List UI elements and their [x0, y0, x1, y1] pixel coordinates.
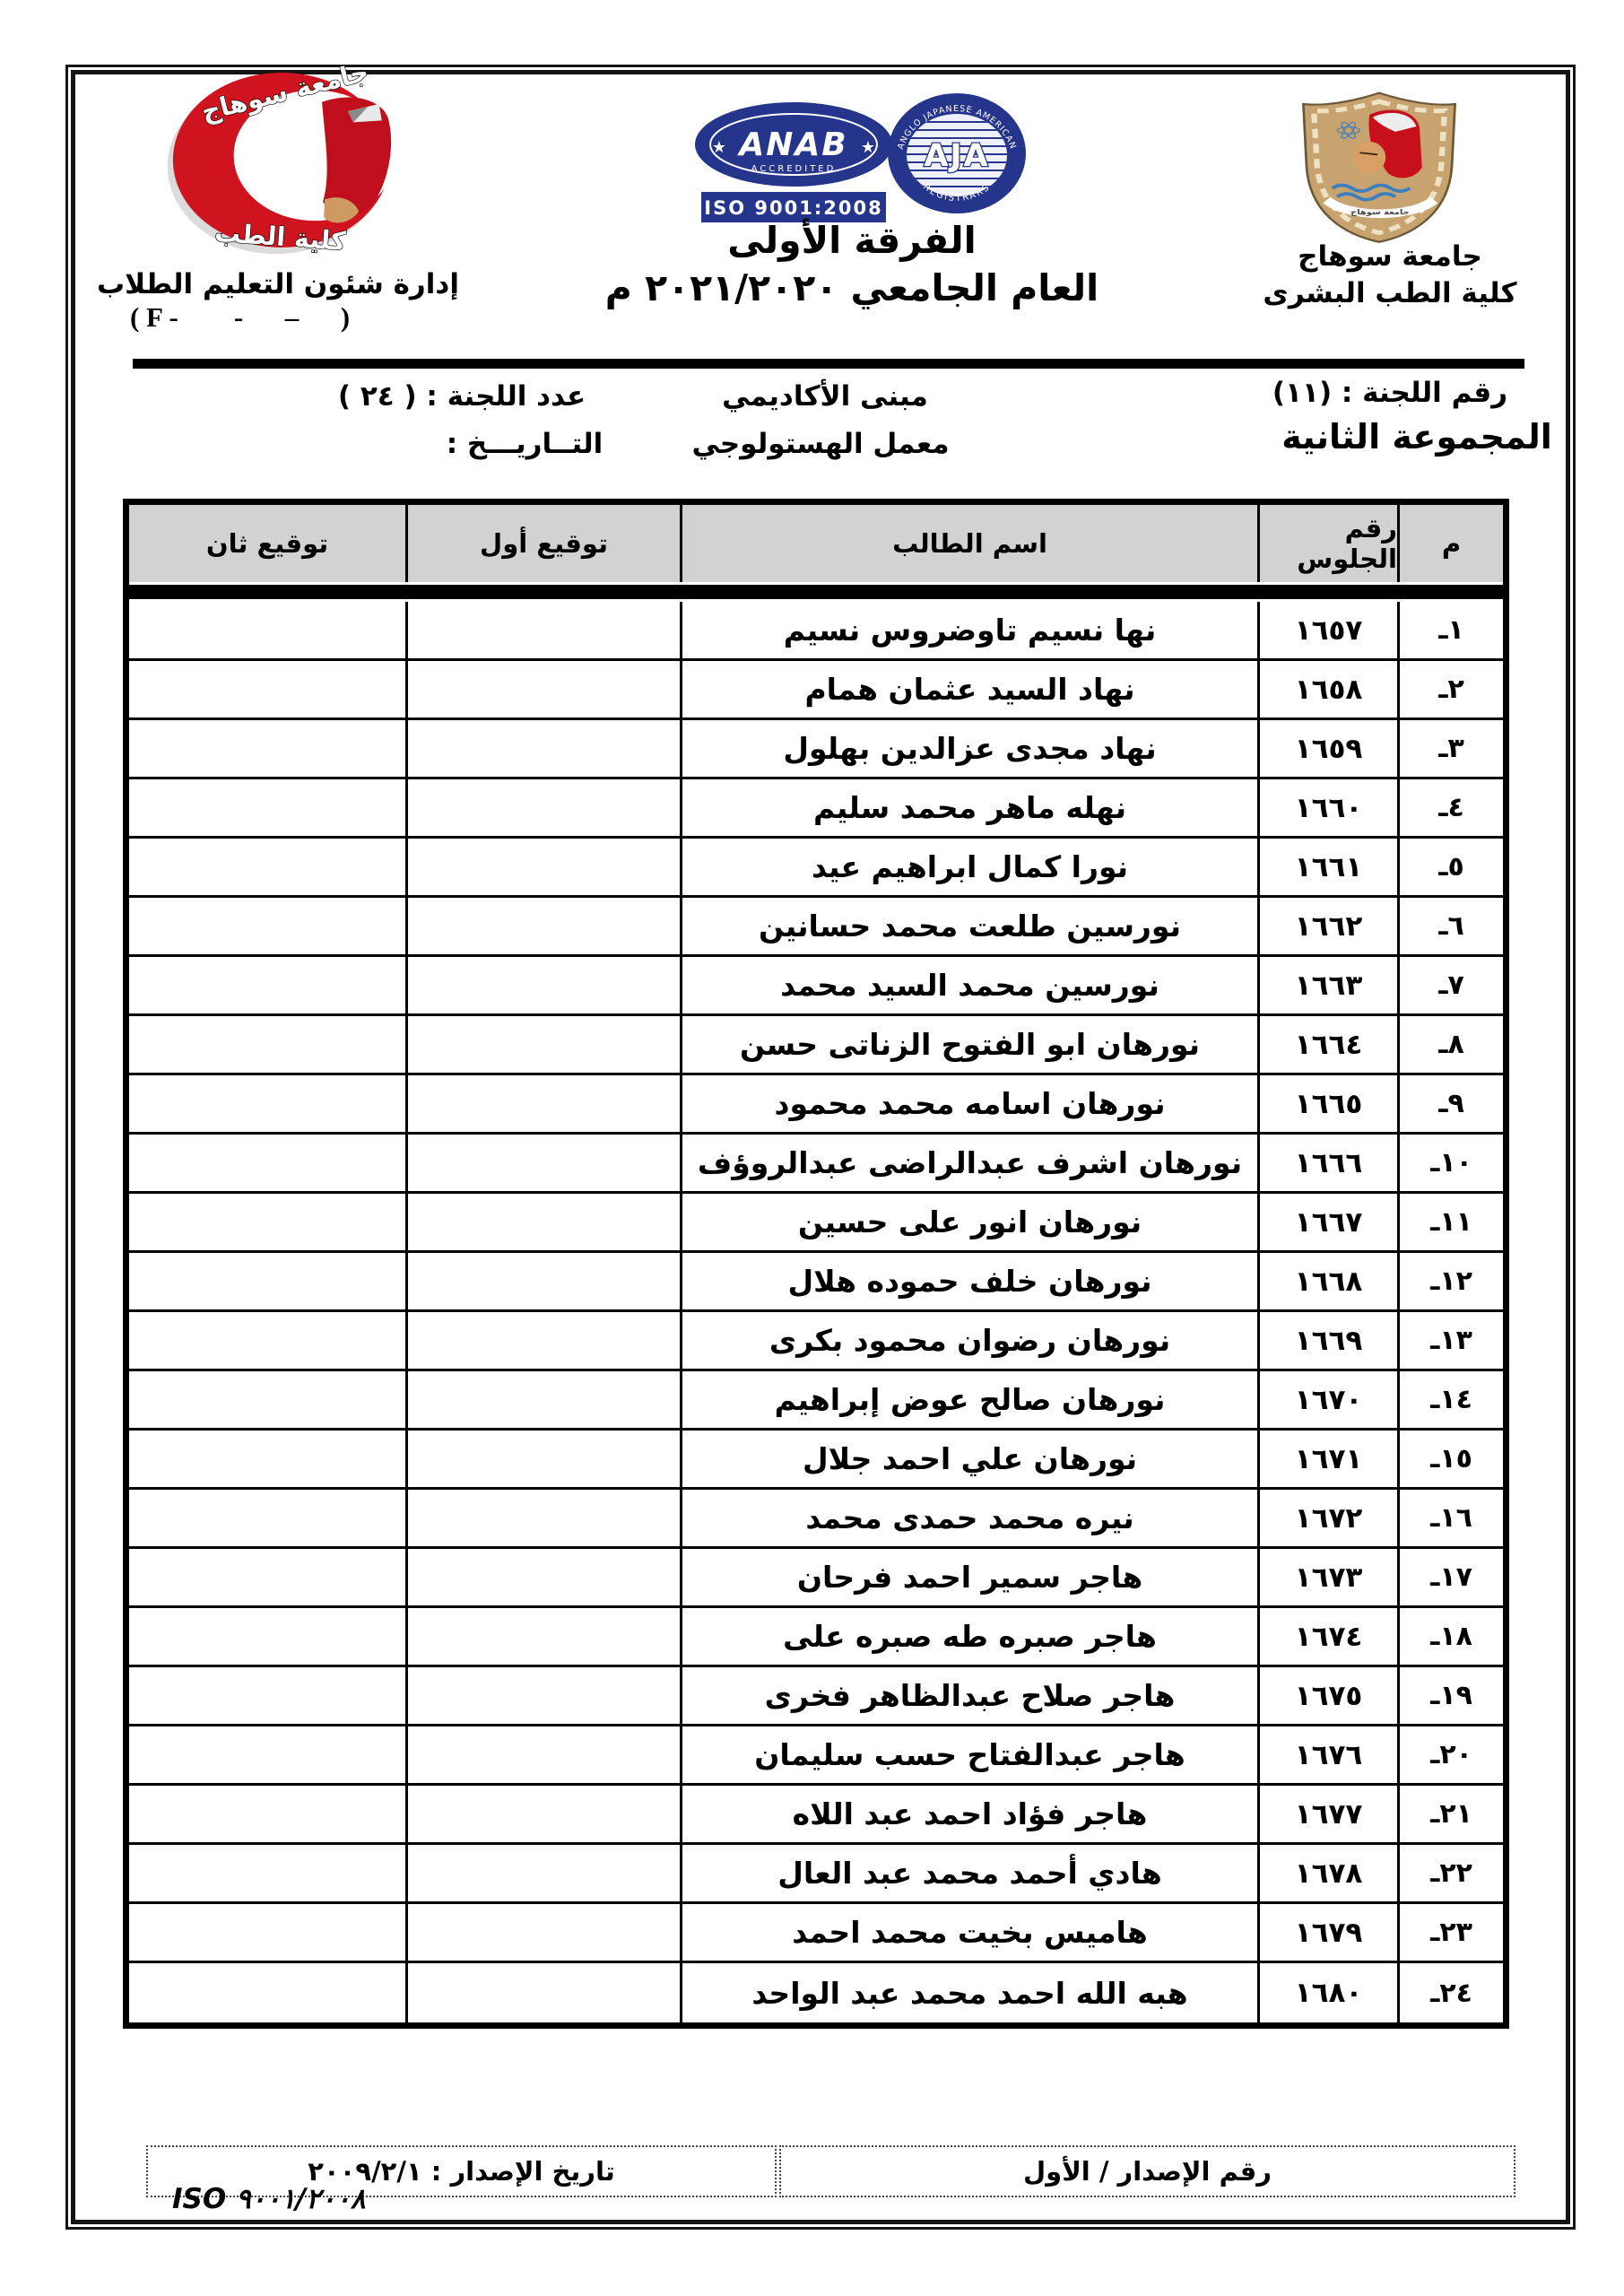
university-shield-logo: جامعة سوهاج	[1298, 90, 1460, 244]
second-signature-cell	[129, 1312, 405, 1369]
row-index-cell: ١٤ـ	[1397, 1371, 1503, 1428]
document-page: جامعة سوهاج كلية الطب إدارة شئون التعليم…	[0, 0, 1624, 2296]
second-signature-cell	[129, 898, 405, 954]
row-index-cell: ٣ـ	[1397, 720, 1503, 777]
anab-iso-text: ISO 9001:2008	[704, 197, 882, 219]
first-signature-cell	[405, 957, 680, 1013]
second-signature-cell	[129, 1549, 405, 1605]
student-name-cell: نهاد السيد عثمان همام	[680, 661, 1257, 717]
row-index-cell: ٥ـ	[1397, 839, 1503, 895]
header-index: م	[1397, 505, 1503, 582]
row-index-cell: ١ـ	[1397, 602, 1503, 658]
student-name-cell: نورسين محمد السيد محمد	[680, 957, 1257, 1013]
seat-number-cell: ١٦٥٩	[1257, 720, 1397, 777]
first-signature-cell	[405, 839, 680, 895]
row-index-cell: ١٩ـ	[1397, 1667, 1503, 1724]
header-first-signature: توقيع أول	[405, 505, 680, 582]
second-signature-cell	[129, 720, 405, 777]
seat-number-cell: ١٦٧٧	[1257, 1786, 1397, 1842]
student-name-cell: نهله ماهر محمد سليم	[680, 779, 1257, 836]
first-signature-cell	[405, 1963, 680, 2022]
seat-number-cell: ١٦٨٠	[1257, 1963, 1397, 2022]
university-name: جامعة سوهاج	[1242, 240, 1538, 273]
seat-number-cell: ١٦٧٤	[1257, 1608, 1397, 1665]
row-index-cell: ٢٢ـ	[1397, 1845, 1503, 1901]
seat-number-cell: ١٦٧٢	[1257, 1490, 1397, 1546]
first-signature-cell	[405, 661, 680, 717]
first-signature-cell	[405, 1549, 680, 1605]
first-signature-cell	[405, 898, 680, 954]
second-signature-cell	[129, 1431, 405, 1487]
second-signature-cell	[129, 602, 405, 658]
anab-accredited-text: ACCREDITED	[751, 164, 837, 174]
student-name-cell: نهاد مجدى عزالدين بهلول	[680, 720, 1257, 777]
iso-certification-text: ISO ٩٠٠١/٢٠٠٨	[172, 2183, 366, 2215]
second-signature-cell	[129, 1845, 405, 1901]
seat-number-cell: ١٦٦٥	[1257, 1075, 1397, 1132]
row-index-cell: ١٧ـ	[1397, 1549, 1503, 1605]
second-signature-cell	[129, 661, 405, 717]
department-name: إدارة شئون التعليم الطلاب	[81, 268, 475, 300]
first-signature-cell	[405, 1016, 680, 1073]
student-name-cell: هاميس بخيت محمد احمد	[680, 1904, 1257, 1961]
committee-lab: معمل الهستولوجي	[690, 428, 951, 460]
first-signature-cell	[405, 1845, 680, 1901]
first-signature-cell	[405, 1431, 680, 1487]
row-index-cell: ٢٠ـ	[1397, 1726, 1503, 1783]
committee-group: المجموعة الثانية	[1269, 417, 1565, 457]
student-row: ١ـ١٦٥٧نها نسيم تاوضروس نسيم	[129, 602, 1503, 661]
second-signature-cell	[129, 839, 405, 895]
table-body: ١ـ١٦٥٧نها نسيم تاوضروس نسيم٢ـ١٦٥٨نهاد ال…	[129, 602, 1503, 2022]
seat-number-cell: ١٦٦٩	[1257, 1312, 1397, 1369]
row-index-cell: ١٣ـ	[1397, 1312, 1503, 1369]
row-index-cell: ١١ـ	[1397, 1194, 1503, 1250]
student-name-cell: هاجر سمير احمد فرحان	[680, 1549, 1257, 1605]
student-row: ٢١ـ١٦٧٧هاجر فؤاد احمد عبد اللاه	[129, 1786, 1503, 1845]
row-index-cell: ١٠ـ	[1397, 1135, 1503, 1191]
seat-number-cell: ١٦٧٠	[1257, 1371, 1397, 1428]
row-index-cell: ٢٣ـ	[1397, 1904, 1503, 1961]
header-second-signature: توقيع ثان	[129, 505, 405, 582]
seat-number-cell: ١٦٦٤	[1257, 1016, 1397, 1073]
first-signature-cell	[405, 1490, 680, 1546]
anab-accreditation-logo: ★ ★ ANAB ACCREDITED ISO 9001:2008	[692, 100, 897, 226]
student-name-cell: هاجر عبدالفتاح حسب سليمان	[680, 1726, 1257, 1783]
row-index-cell: ١٨ـ	[1397, 1608, 1503, 1665]
first-signature-cell	[405, 1726, 680, 1783]
first-signature-cell	[405, 1371, 680, 1428]
committee-number: رقم اللجنة : (١١)	[1246, 377, 1533, 409]
committee-date-label: التــاريـــخ :	[426, 428, 623, 460]
student-row: ١٩ـ١٦٧٥هاجر صلاح عبدالظاهر فخرى	[129, 1667, 1503, 1726]
row-index-cell: ٨ـ	[1397, 1016, 1503, 1073]
student-row: ٤ـ١٦٦٠نهله ماهر محمد سليم	[129, 779, 1503, 839]
committee-count: عدد اللجنة : ( ٢٤ )	[309, 380, 614, 413]
first-signature-cell	[405, 1312, 680, 1369]
student-name-cell: نها نسيم تاوضروس نسيم	[680, 602, 1257, 658]
student-row: ٧ـ١٦٦٣نورسين محمد السيد محمد	[129, 957, 1503, 1016]
seat-number-cell: ١٦٥٨	[1257, 661, 1397, 717]
seat-number-cell: ١٦٥٧	[1257, 602, 1397, 658]
seat-number-cell: ١٦٦٣	[1257, 957, 1397, 1013]
second-signature-cell	[129, 1786, 405, 1842]
student-row: ١٢ـ١٦٦٨نورهان خلف حموده هلال	[129, 1253, 1503, 1312]
student-name-cell: نورهان اسامه محمد محمود	[680, 1075, 1257, 1132]
student-name-cell: هادي أحمد محمد عبد العال	[680, 1845, 1257, 1901]
row-index-cell: ١٢ـ	[1397, 1253, 1503, 1309]
student-row: ١٦ـ١٦٧٢نيره محمد حمدى محمد	[129, 1490, 1503, 1549]
header-divider	[133, 359, 1524, 369]
second-signature-cell	[129, 779, 405, 836]
student-row: ٢٤ـ١٦٨٠هبه الله احمد محمد عبد الواحد	[129, 1963, 1503, 2022]
student-name-cell: نورهان اشرف عبدالراضى عبدالروؤف	[680, 1135, 1257, 1191]
issue-number-box: رقم الإصدار / الأول	[779, 2145, 1515, 2197]
table-header-row: م رقم الجلوس اسم الطالب توقيع أول توقيع …	[129, 505, 1503, 582]
student-name-cell: هاجر صبره طه صبره على	[680, 1608, 1257, 1665]
grade-title: الفرقة الأولى	[538, 219, 1166, 262]
second-signature-cell	[129, 1726, 405, 1783]
first-signature-cell	[405, 1253, 680, 1309]
student-row: ١٨ـ١٦٧٤هاجر صبره طه صبره على	[129, 1608, 1503, 1667]
second-signature-cell	[129, 1016, 405, 1073]
faculty-crescent-logo: جامعة سوهاج كلية الطب	[142, 63, 427, 262]
seat-number-cell: ١٦٧٣	[1257, 1549, 1397, 1605]
student-name-cell: نيره محمد حمدى محمد	[680, 1490, 1257, 1546]
seat-number-cell: ١٦٦١	[1257, 839, 1397, 895]
row-index-cell: ٩ـ	[1397, 1075, 1503, 1132]
second-signature-cell	[129, 1194, 405, 1250]
student-row: ٥ـ١٦٦١نورا كمال ابراهيم عيد	[129, 839, 1503, 898]
seat-number-cell: ١٦٧٥	[1257, 1667, 1397, 1724]
student-name-cell: نورهان انور على حسين	[680, 1194, 1257, 1250]
row-index-cell: ٢ـ	[1397, 661, 1503, 717]
student-row: ٣ـ١٦٥٩نهاد مجدى عزالدين بهلول	[129, 720, 1503, 779]
aja-wordmark: AJA	[924, 138, 989, 174]
student-row: ١٣ـ١٦٦٩نورهان رضوان محمود بكرى	[129, 1312, 1503, 1371]
first-signature-cell	[405, 1667, 680, 1724]
second-signature-cell	[129, 1490, 405, 1546]
second-signature-cell	[129, 1135, 405, 1191]
issue-date-text: تاريخ الإصدار : ٢٠٠٩/٢/١	[308, 2156, 614, 2187]
shield-band-text: جامعة سوهاج	[1350, 209, 1410, 217]
aja-registrars-logo: ANGLO JAPANESE AMERICAN REGISTRARS AJA	[886, 91, 1028, 215]
first-signature-cell	[405, 1194, 680, 1250]
student-row: ٢ـ١٦٥٨نهاد السيد عثمان همام	[129, 661, 1503, 720]
student-name-cell: هاجر فؤاد احمد عبد اللاه	[680, 1786, 1257, 1842]
first-signature-cell	[405, 602, 680, 658]
first-signature-cell	[405, 720, 680, 777]
row-index-cell: ٢١ـ	[1397, 1786, 1503, 1842]
student-row: ١٥ـ١٦٧١نورهان علي احمد جلال	[129, 1431, 1503, 1490]
second-signature-cell	[129, 1963, 405, 2022]
seat-number-cell: ١٦٦٦	[1257, 1135, 1397, 1191]
student-row: ١١ـ١٦٦٧نورهان انور على حسين	[129, 1194, 1503, 1253]
second-signature-cell	[129, 1371, 405, 1428]
student-name-cell: نورهان ابو الفتوح الزناتى حسن	[680, 1016, 1257, 1073]
student-row: ١٧ـ١٦٧٣هاجر سمير احمد فرحان	[129, 1549, 1503, 1608]
student-row: ٢٣ـ١٦٧٩هاميس بخيت محمد احمد	[129, 1904, 1503, 1963]
header-seat-number: رقم الجلوس	[1257, 505, 1397, 582]
student-name-cell: نورهان خلف حموده هلال	[680, 1253, 1257, 1309]
first-signature-cell	[405, 1075, 680, 1132]
seat-number-cell: ١٦٦٠	[1257, 779, 1397, 836]
anab-star-left-icon: ★	[712, 138, 726, 157]
form-code: ( F - - – )	[90, 301, 390, 334]
student-row: ٦ـ١٦٦٢نورسين طلعت محمد حسانين	[129, 898, 1503, 957]
first-signature-cell	[405, 1608, 680, 1665]
seat-number-cell: ١٦٧١	[1257, 1431, 1397, 1487]
student-name-cell: هاجر صلاح عبدالظاهر فخرى	[680, 1667, 1257, 1724]
first-signature-cell	[405, 1786, 680, 1842]
student-row: ٢٢ـ١٦٧٨هادي أحمد محمد عبد العال	[129, 1845, 1503, 1904]
second-signature-cell	[129, 1608, 405, 1665]
first-signature-cell	[405, 1135, 680, 1191]
seat-number-cell: ١٦٧٦	[1257, 1726, 1397, 1783]
second-signature-cell	[129, 1667, 405, 1724]
student-name-cell: نورهان صالح عوض إبراهيم	[680, 1371, 1257, 1428]
second-signature-cell	[129, 1253, 405, 1309]
anab-star-right-icon: ★	[861, 138, 875, 157]
row-index-cell: ٧ـ	[1397, 957, 1503, 1013]
row-index-cell: ٤ـ	[1397, 779, 1503, 836]
student-name-cell: نورهان علي احمد جلال	[680, 1431, 1257, 1487]
committee-building: مبنى الأكاديمي	[713, 380, 937, 413]
seat-number-cell: ١٦٧٨	[1257, 1845, 1397, 1901]
row-index-cell: ٢٤ـ	[1397, 1963, 1503, 2022]
students-table: م رقم الجلوس اسم الطالب توقيع أول توقيع …	[123, 499, 1509, 2029]
academic-year-title: العام الجامعي ٢٠٢١/٢٠٢٠ م	[484, 266, 1220, 309]
student-row: ٢٠ـ١٦٧٦هاجر عبدالفتاح حسب سليمان	[129, 1726, 1503, 1786]
header-separator-band	[129, 582, 1503, 602]
student-row: ٩ـ١٦٦٥نورهان اسامه محمد محمود	[129, 1075, 1503, 1135]
student-row: ١٠ـ١٦٦٦نورهان اشرف عبدالراضى عبدالروؤف	[129, 1135, 1503, 1194]
seat-number-cell: ١٦٦٧	[1257, 1194, 1397, 1250]
second-signature-cell	[129, 1904, 405, 1961]
student-row: ٨ـ١٦٦٤نورهان ابو الفتوح الزناتى حسن	[129, 1016, 1503, 1075]
second-signature-cell	[129, 957, 405, 1013]
second-signature-cell	[129, 1075, 405, 1132]
student-name-cell: نورهان رضوان محمود بكرى	[680, 1312, 1257, 1369]
anab-wordmark: ANAB	[736, 126, 847, 163]
issue-number-text: رقم الإصدار / الأول	[1023, 2156, 1272, 2187]
seat-number-cell: ١٦٦٨	[1257, 1253, 1397, 1309]
faculty-name: كلية الطب البشرى	[1242, 277, 1538, 309]
row-index-cell: ١٦ـ	[1397, 1490, 1503, 1546]
student-name-cell: نورسين طلعت محمد حسانين	[680, 898, 1257, 954]
student-row: ١٤ـ١٦٧٠نورهان صالح عوض إبراهيم	[129, 1371, 1503, 1431]
header-student-name: اسم الطالب	[680, 505, 1257, 582]
seat-number-cell: ١٦٧٩	[1257, 1904, 1397, 1961]
first-signature-cell	[405, 779, 680, 836]
row-index-cell: ١٥ـ	[1397, 1431, 1503, 1487]
student-name-cell: هبه الله احمد محمد عبد الواحد	[680, 1963, 1257, 2022]
first-signature-cell	[405, 1904, 680, 1961]
student-name-cell: نورا كمال ابراهيم عيد	[680, 839, 1257, 895]
seat-number-cell: ١٦٦٢	[1257, 898, 1397, 954]
row-index-cell: ٦ـ	[1397, 898, 1503, 954]
